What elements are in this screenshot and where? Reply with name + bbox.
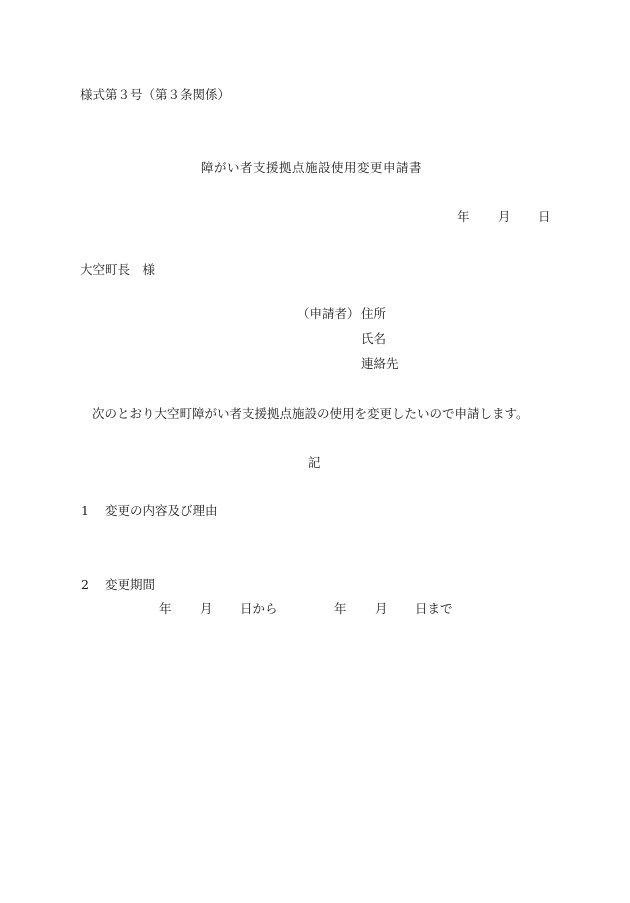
period-from-year: 年 bbox=[159, 601, 172, 617]
form-number: 様式第３号（第３条関係） bbox=[80, 87, 230, 103]
addressee: 大空町長 様 bbox=[80, 262, 155, 278]
applicant-label: （申請者） bbox=[297, 306, 360, 322]
period-to-month: 月 bbox=[375, 601, 388, 617]
item-1-number: 1 bbox=[81, 503, 89, 519]
applicant-name-label: 氏名 bbox=[361, 331, 386, 347]
item-1-label: 変更の内容及び理由 bbox=[105, 503, 218, 519]
item-2-label: 変更期間 bbox=[105, 577, 155, 593]
document-title: 障がい者支援拠点施設使用変更申請書 bbox=[201, 160, 422, 176]
period-from-month: 月 bbox=[200, 601, 213, 617]
period-to-day: 日まで bbox=[415, 601, 453, 617]
applicant-address-label: 住所 bbox=[361, 306, 386, 322]
date-year: 年 bbox=[457, 209, 470, 225]
body-text: 次のとおり大空町障がい者支援拠点施設の使用を変更したいので申請します。 bbox=[92, 406, 529, 422]
ki-heading: 記 bbox=[308, 455, 321, 471]
applicant-contact-label: 連絡先 bbox=[361, 356, 399, 372]
item-2-number: 2 bbox=[81, 577, 89, 593]
date-day: 日 bbox=[538, 209, 551, 225]
period-from-day: 日から bbox=[240, 601, 278, 617]
period-to-year: 年 bbox=[334, 601, 347, 617]
date-month: 月 bbox=[498, 209, 511, 225]
